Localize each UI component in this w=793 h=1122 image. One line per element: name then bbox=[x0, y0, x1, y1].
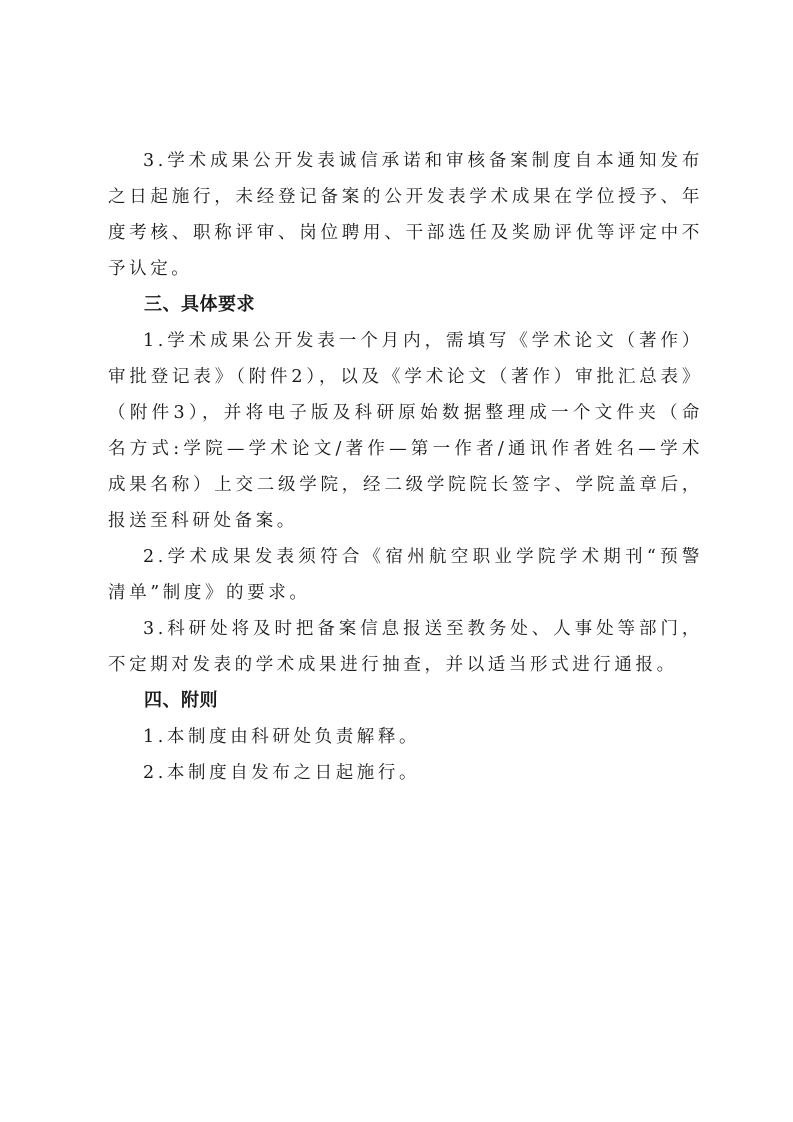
paragraph-supplementary-2: 2.本制度自发布之日起施行。 bbox=[108, 755, 703, 791]
section-heading-requirements: 三、具体要求 bbox=[108, 287, 703, 323]
paragraph-requirement-1: 1.学术成果公开发表一个月内，需填写《学术论文（著作）审批登记表》（附件2），以… bbox=[108, 323, 703, 539]
document-page: 3.学术成果公开发表诚信承诺和审核备案制度自本通知发布之日起施行，未经登记备案的… bbox=[0, 0, 793, 1122]
paragraph-supplementary-1: 1.本制度由科研处负责解释。 bbox=[108, 719, 703, 755]
paragraph-requirement-2: 2.学术成果发表须符合《宿州航空职业学院学术期刊“预警清单”制度》的要求。 bbox=[108, 539, 703, 611]
paragraph-requirement-3: 3.科研处将及时把备案信息报送至教务处、人事处等部门，不定期对发表的学术成果进行… bbox=[108, 611, 703, 683]
document-body: 3.学术成果公开发表诚信承诺和审核备案制度自本通知发布之日起施行，未经登记备案的… bbox=[108, 143, 703, 791]
paragraph-section2-item3: 3.学术成果公开发表诚信承诺和审核备案制度自本通知发布之日起施行，未经登记备案的… bbox=[108, 143, 703, 287]
section-heading-supplementary: 四、附则 bbox=[108, 683, 703, 719]
